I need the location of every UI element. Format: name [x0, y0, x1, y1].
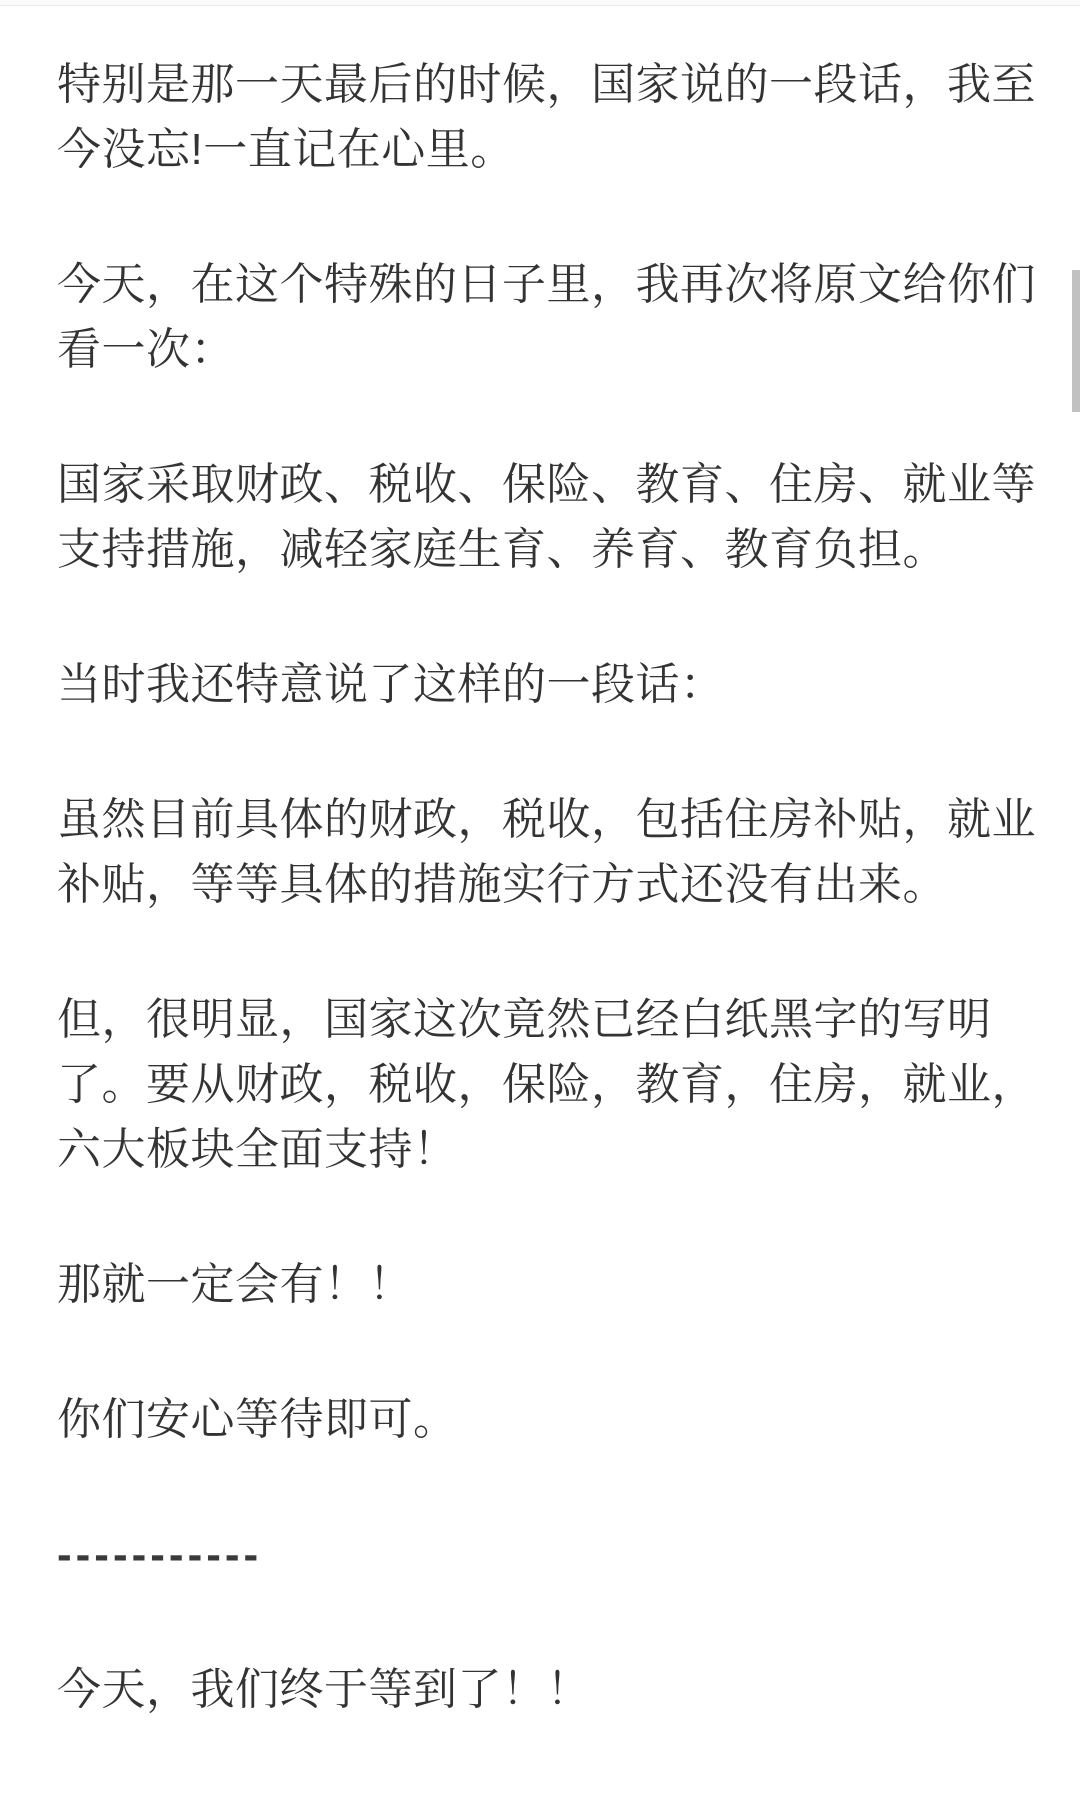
text-line: 国家采取财政、税收、保险、教育、住房、就业等 — [57, 460, 1036, 509]
paragraph: 今天，在这个特殊的日子里，我再次将原文给你们 看一次： — [57, 252, 1017, 382]
paragraph: 当时我还特意说了这样的一段话： — [57, 652, 1017, 717]
article-page: 特别是那一天最后的时候，国家说的一段话，我至 今没忘!一直记在心里。 今天，在这… — [0, 0, 1080, 1799]
paragraph: 你们安心等待即可。 — [57, 1387, 1017, 1452]
text-line: 今没忘!一直记在心里。 — [57, 125, 515, 174]
text-line: 你们安心等待即可。 — [57, 1395, 458, 1444]
text-line: 但，很明显，国家这次竟然已经白纸黑字的写明 — [57, 995, 992, 1044]
separator-dashes: ----------- — [57, 1530, 262, 1579]
article-body: 特别是那一天最后的时候，国家说的一段话，我至 今没忘!一直记在心里。 今天，在这… — [0, 0, 1072, 1792]
text-line: 支持措施，减轻家庭生育、养育、教育负担。 — [57, 525, 947, 574]
dashed-separator: ----------- — [57, 1522, 1017, 1587]
text-line: 特别是那一天最后的时候，国家说的一段话，我至 — [57, 60, 1036, 109]
text-line: 那就一定会有！！ — [57, 1260, 413, 1309]
paragraph: 国家采取财政、税收、保险、教育、住房、就业等 支持措施，减轻家庭生育、养育、教育… — [57, 452, 1017, 582]
paragraph: 虽然目前具体的财政，税收，包括住房补贴，就业 补贴，等等具体的措施实行方式还没有… — [57, 787, 1017, 917]
text-line: 看一次： — [57, 325, 235, 374]
text-line: 补贴，等等具体的措施实行方式还没有出来。 — [57, 860, 947, 909]
text-line: 今天，在这个特殊的日子里，我再次将原文给你们 — [57, 260, 1036, 309]
text-line: 虽然目前具体的财政，税收，包括住房补贴，就业 — [57, 795, 1036, 844]
scrollbar-thumb[interactable] — [1072, 270, 1080, 412]
text-line: 当时我还特意说了这样的一段话： — [57, 660, 725, 709]
paragraph: 那就一定会有！！ — [57, 1252, 1017, 1317]
text-line: 了。要从财政，税收，保险，教育，住房，就业， — [57, 1060, 1036, 1109]
text-line: 六大板块全面支持！ — [57, 1125, 458, 1174]
text-line: 今天，我们终于等到了！！ — [57, 1665, 591, 1714]
paragraph: 今天，我们终于等到了！！ — [57, 1657, 1017, 1722]
paragraph: 特别是那一天最后的时候，国家说的一段话，我至 今没忘!一直记在心里。 — [57, 52, 1017, 182]
paragraph: 但，很明显，国家这次竟然已经白纸黑字的写明 了。要从财政，税收，保险，教育，住房… — [57, 987, 1017, 1182]
